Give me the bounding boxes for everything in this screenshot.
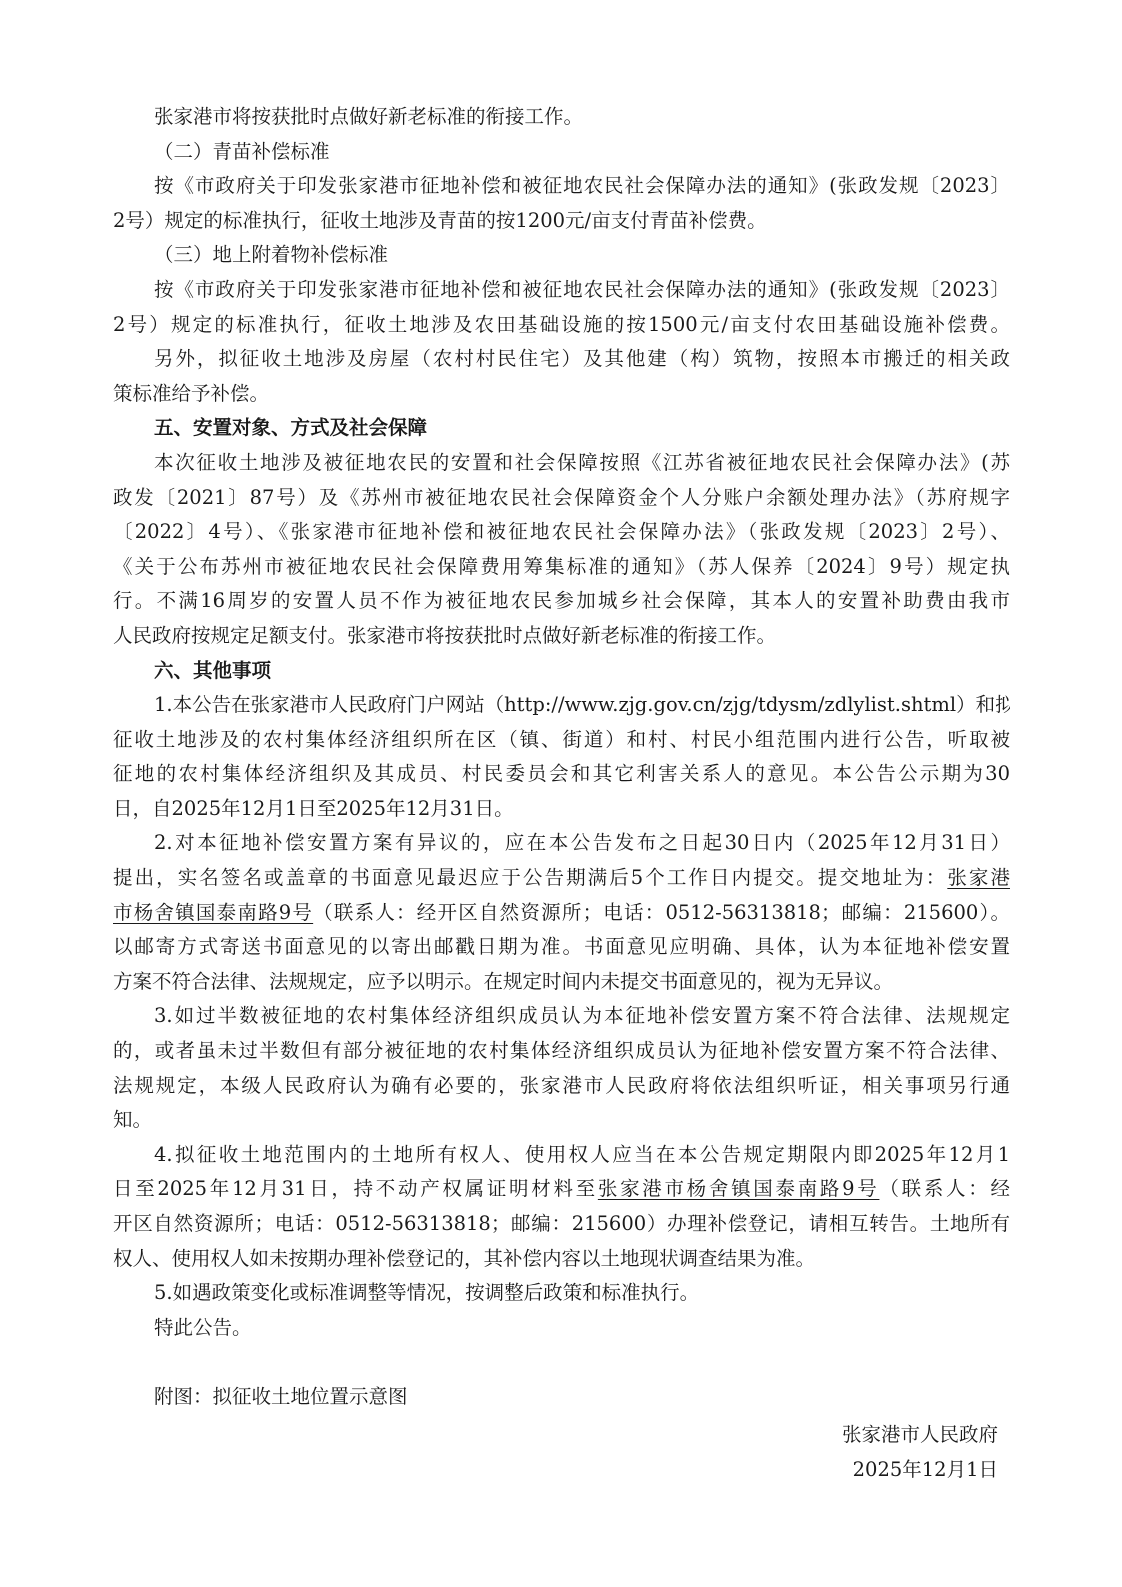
subheading-seedling-compensation: （二）青苗补偿标准 bbox=[113, 135, 1010, 170]
paragraph-line: 提出，实名签名或盖章的书面意见最迟应于公告期满后5个工作日内提交。提交地址为：张… bbox=[113, 861, 1010, 896]
paragraph-line: 法规规定，本级人民政府认为确有必要的，张家港市人民政府将依法组织听证，相关事项另… bbox=[113, 1069, 1010, 1104]
paragraph-line: 日，自2025年12月1日至2025年12月31日。 bbox=[113, 792, 1010, 827]
paragraph-line: 政发〔2021〕87号）及《苏州市被征地农民社会保障资金个人分账户余额处理办法》… bbox=[113, 481, 1010, 516]
paragraph-line: 《关于公布苏州市被征地农民社会保障费用筹集标准的通知》（苏人保养〔2024〕9号… bbox=[113, 550, 1010, 585]
paragraph-line: 3.如过半数被征地的农村集体经济组织成员认为本征地补偿安置方案不符合法律、法规规… bbox=[113, 999, 1010, 1034]
paragraph-line: 日至2025年12月31日，持不动产权属证明材料至张家港市杨舍镇国泰南路9号（联… bbox=[113, 1172, 1010, 1207]
section-heading-resettlement: 五、安置对象、方式及社会保障 bbox=[113, 411, 1010, 446]
issuer-name: 张家港市人民政府 bbox=[744, 1418, 1004, 1453]
paragraph-line: 另外，拟征收土地涉及房屋（农村村民住宅）及其他建（构）筑物，按照本市搬迁的相关政 bbox=[113, 342, 1010, 377]
paragraph-line: 人民政府按规定足额支付。张家港市将按获批时点做好新老标准的衔接工作。 bbox=[113, 619, 1010, 654]
document-page: 张家港市将按获批时点做好新老标准的衔接工作。 （二）青苗补偿标准 按《市政府关于… bbox=[113, 100, 1010, 1415]
text-span: （联系人：经开区自然资源所；电话：0512-56313818；邮编：215600… bbox=[313, 901, 1010, 924]
paragraph-line: 知。 bbox=[113, 1103, 1010, 1138]
paragraph-line: 1.本公告在张家港市人民政府门户网站（http://www.zjg.gov.cn… bbox=[113, 688, 1010, 723]
paragraph-line: 5.如遇政策变化或标准调整等情况，按调整后政策和标准执行。 bbox=[113, 1276, 1010, 1311]
paragraph-line: 市杨舍镇国泰南路9号（联系人：经开区自然资源所；电话：0512-56313818… bbox=[113, 896, 1010, 931]
paragraph-line: 2号）规定的标准执行，征收土地涉及青苗的按1200元/亩支付青苗补偿费。 bbox=[113, 204, 1010, 239]
paragraph-line: 〔2022〕4号）、《张家港市征地补偿和被征地农民社会保障办法》（张政发规〔20… bbox=[113, 515, 1010, 550]
submission-address: 市杨舍镇国泰南路9号 bbox=[113, 901, 313, 924]
text-span: （联系人：经 bbox=[879, 1177, 1010, 1200]
paragraph-line: 本次征收土地涉及被征地农民的安置和社会保障按照《江苏省被征地农民社会保障办法》(… bbox=[113, 446, 1010, 481]
paragraph-line: 权人、使用权人如未按期办理补偿登记的，其补偿内容以土地现状调查结果为准。 bbox=[113, 1242, 1010, 1277]
spacer bbox=[113, 1345, 1010, 1380]
paragraph-line: 2.对本征地补偿安置方案有异议的，应在本公告发布之日起30日内（2025年12月… bbox=[113, 826, 1010, 861]
text-span: 日至2025年12月31日，持不动产权属证明材料至 bbox=[113, 1177, 598, 1200]
paragraph-line: 4.拟征收土地范围内的土地所有权人、使用权人应当在本公告规定期限内即2025年1… bbox=[113, 1138, 1010, 1173]
paragraph-line: 行。不满16周岁的安置人员不作为被征地农民参加城乡社会保障，其本人的安置补助费由… bbox=[113, 584, 1010, 619]
paragraph-line: 策标准给予补偿。 bbox=[113, 377, 1010, 412]
paragraph-line: 征收土地涉及的农村集体经济组织所在区（镇、街道）和村、村民小组范围内进行公告，听… bbox=[113, 723, 1010, 758]
text-span: 提出，实名签名或盖章的书面意见最迟应于公告期满后5个工作日内提交。提交地址为： bbox=[113, 866, 947, 889]
registration-address: 张家港市杨舍镇国泰南路9号 bbox=[598, 1177, 880, 1200]
paragraph-line: 以邮寄方式寄送书面意见的以寄出邮戳日期为准。书面意见应明确、具体，认为本征地补偿… bbox=[113, 930, 1010, 965]
paragraph-line: 张家港市将按获批时点做好新老标准的衔接工作。 bbox=[113, 100, 1010, 135]
attachment-note: 附图：拟征收土地位置示意图 bbox=[113, 1380, 1010, 1415]
paragraph-line: 按《市政府关于印发张家港市征地补偿和被征地农民社会保障办法的通知》(张政发规〔2… bbox=[113, 273, 1010, 308]
paragraph-line: 2号）规定的标准执行，征收土地涉及农田基础设施的按1500元/亩支付农田基础设施… bbox=[113, 308, 1010, 343]
submission-address: 张家港 bbox=[947, 866, 1010, 889]
paragraph-line: 征地的农村集体经济组织及其成员、村民委员会和其它利害关系人的意见。本公告公示期为… bbox=[113, 757, 1010, 792]
paragraph-line: 方案不符合法律、法规规定，应予以明示。在规定时间内未提交书面意见的，视为无异议。 bbox=[113, 965, 1010, 1000]
issue-date: 2025年12月1日 bbox=[744, 1453, 1004, 1488]
closing-line: 特此公告。 bbox=[113, 1311, 1010, 1346]
paragraph-line: 按《市政府关于印发张家港市征地补偿和被征地农民社会保障办法的通知》(张政发规〔2… bbox=[113, 169, 1010, 204]
paragraph-line: 开区自然资源所；电话：0512-56313818；邮编：215600）办理补偿登… bbox=[113, 1207, 1010, 1242]
paragraph-line: 的，或者虽未过半数但有部分被征地的农村集体经济组织成员认为征地补偿安置方案不符合… bbox=[113, 1034, 1010, 1069]
subheading-attachment-compensation: （三）地上附着物补偿标准 bbox=[113, 238, 1010, 273]
signature-block: 张家港市人民政府 2025年12月1日 bbox=[744, 1418, 1004, 1487]
section-heading-other-matters: 六、其他事项 bbox=[113, 654, 1010, 689]
